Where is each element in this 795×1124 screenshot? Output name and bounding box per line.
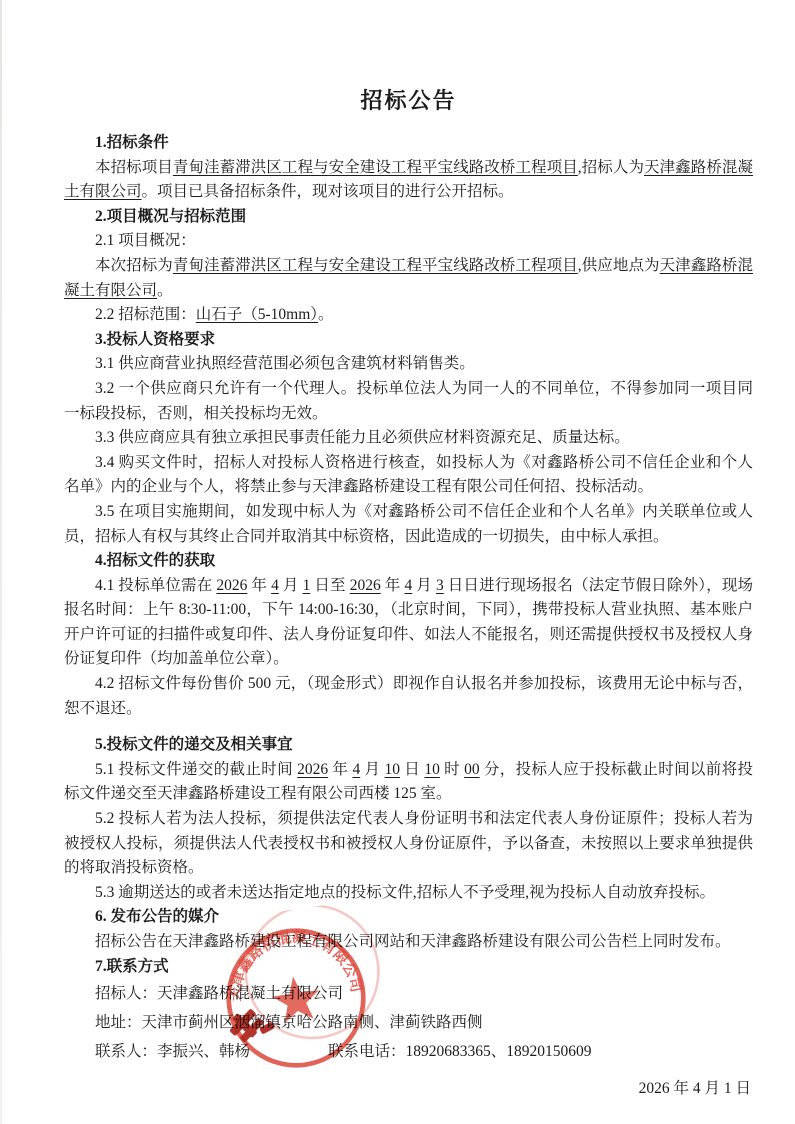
para-3-1: 3.1 供应商营业执照经营范围必须包含建筑材料销售类。 xyxy=(64,352,753,377)
para-2-1-body: 本次招标为青甸洼蓄滞洪区工程与安全建设工程平宝线路改桥工程项目,供应地点为天津鑫… xyxy=(64,254,753,303)
document-content: 招标公告 1.招标条件本招标项目青甸洼蓄滞洪区工程与安全建设工程平宝线路改桥工程… xyxy=(64,84,753,1117)
para-3-3: 3.3 供应商应具有独立承担民事责任能力且必须供应材料资源充足、质量达标。 xyxy=(64,426,753,451)
heading-1: 1.招标条件 xyxy=(64,131,753,156)
heading-7: 7.联系方式 xyxy=(64,955,753,980)
date-line: 2026 年 4 月 1 日 xyxy=(64,1076,753,1101)
page: 招标公告 1.招标条件本招标项目青甸洼蓄滞洪区工程与安全建设工程平宝线路改桥工程… xyxy=(0,0,795,1124)
para-5-2: 5.2 投标人若为法人投标，须提供法定代表人身份证明书和法定代表人身份证原件；投… xyxy=(64,807,753,881)
document-body: 1.招标条件本招标项目青甸洼蓄滞洪区工程与安全建设工程平宝线路改桥工程项目,招标… xyxy=(64,131,753,1066)
contact-persons: 联系人：李振兴、韩杨联系电话：18920683365、18920150609 xyxy=(64,1037,753,1066)
heading-3: 3.投标人资格要求 xyxy=(64,328,753,353)
para-2-1-title: 2.1 项目概况： xyxy=(64,229,753,254)
para-5-3: 5.3 逾期送达的或者未送达指定地点的投标文件,招标人不予受理,视为投标人自动放… xyxy=(64,881,753,906)
contact-bidder: 招标人：天津鑫路桥混凝土有限公司 xyxy=(64,979,753,1008)
para-1-1: 本招标项目青甸洼蓄滞洪区工程与安全建设工程平宝线路改桥工程项目,招标人为天津鑫路… xyxy=(64,156,753,205)
heading-4: 4.招标文件的获取 xyxy=(64,549,753,574)
para-6-1: 招标公告在天津鑫路桥建设工程有限公司网站和天津鑫路桥建设有限公司公告栏上同时发布… xyxy=(64,930,753,955)
heading-6: 6. 发布公告的媒介 xyxy=(64,905,753,930)
heading-5: 5.投标文件的递交及相关事宜 xyxy=(64,733,753,758)
para-4-2: 4.2 招标文件每份售价 500 元，（现金形式）即视作自认报名并参加投标，该费… xyxy=(64,672,753,721)
para-3-4: 3.4 购买文件时，招标人对投标人资格进行核查，如投标人为《对鑫路桥公司不信任企… xyxy=(64,451,753,500)
para-2-2: 2.2 招标范围：山石子（5-10mm）。 xyxy=(64,303,753,328)
contact-address: 地址：天津市蓟州区洇溜镇京哈公路南侧、津蓟铁路西侧 xyxy=(64,1008,753,1037)
para-5-1: 5.1 投标文件递交的截止时间 2026 年 4 月 10 日 10 时 00 … xyxy=(64,758,753,807)
heading-2: 2.项目概况与招标范围 xyxy=(64,205,753,230)
para-4-1: 4.1 投标单位需在 2026 年 4 月 1 日至 2026 年 4 月 3 … xyxy=(64,574,753,672)
para-3-2: 3.2 一个供应商只允许有一个代理人。投标单位法人为同一人的不同单位，不得参加同… xyxy=(64,377,753,426)
para-3-5: 3.5 在项目实施期间，如发现中标人为《对鑫路桥公司不信任企业和个人名单》内关联… xyxy=(64,500,753,549)
page-title: 招标公告 xyxy=(64,84,753,115)
